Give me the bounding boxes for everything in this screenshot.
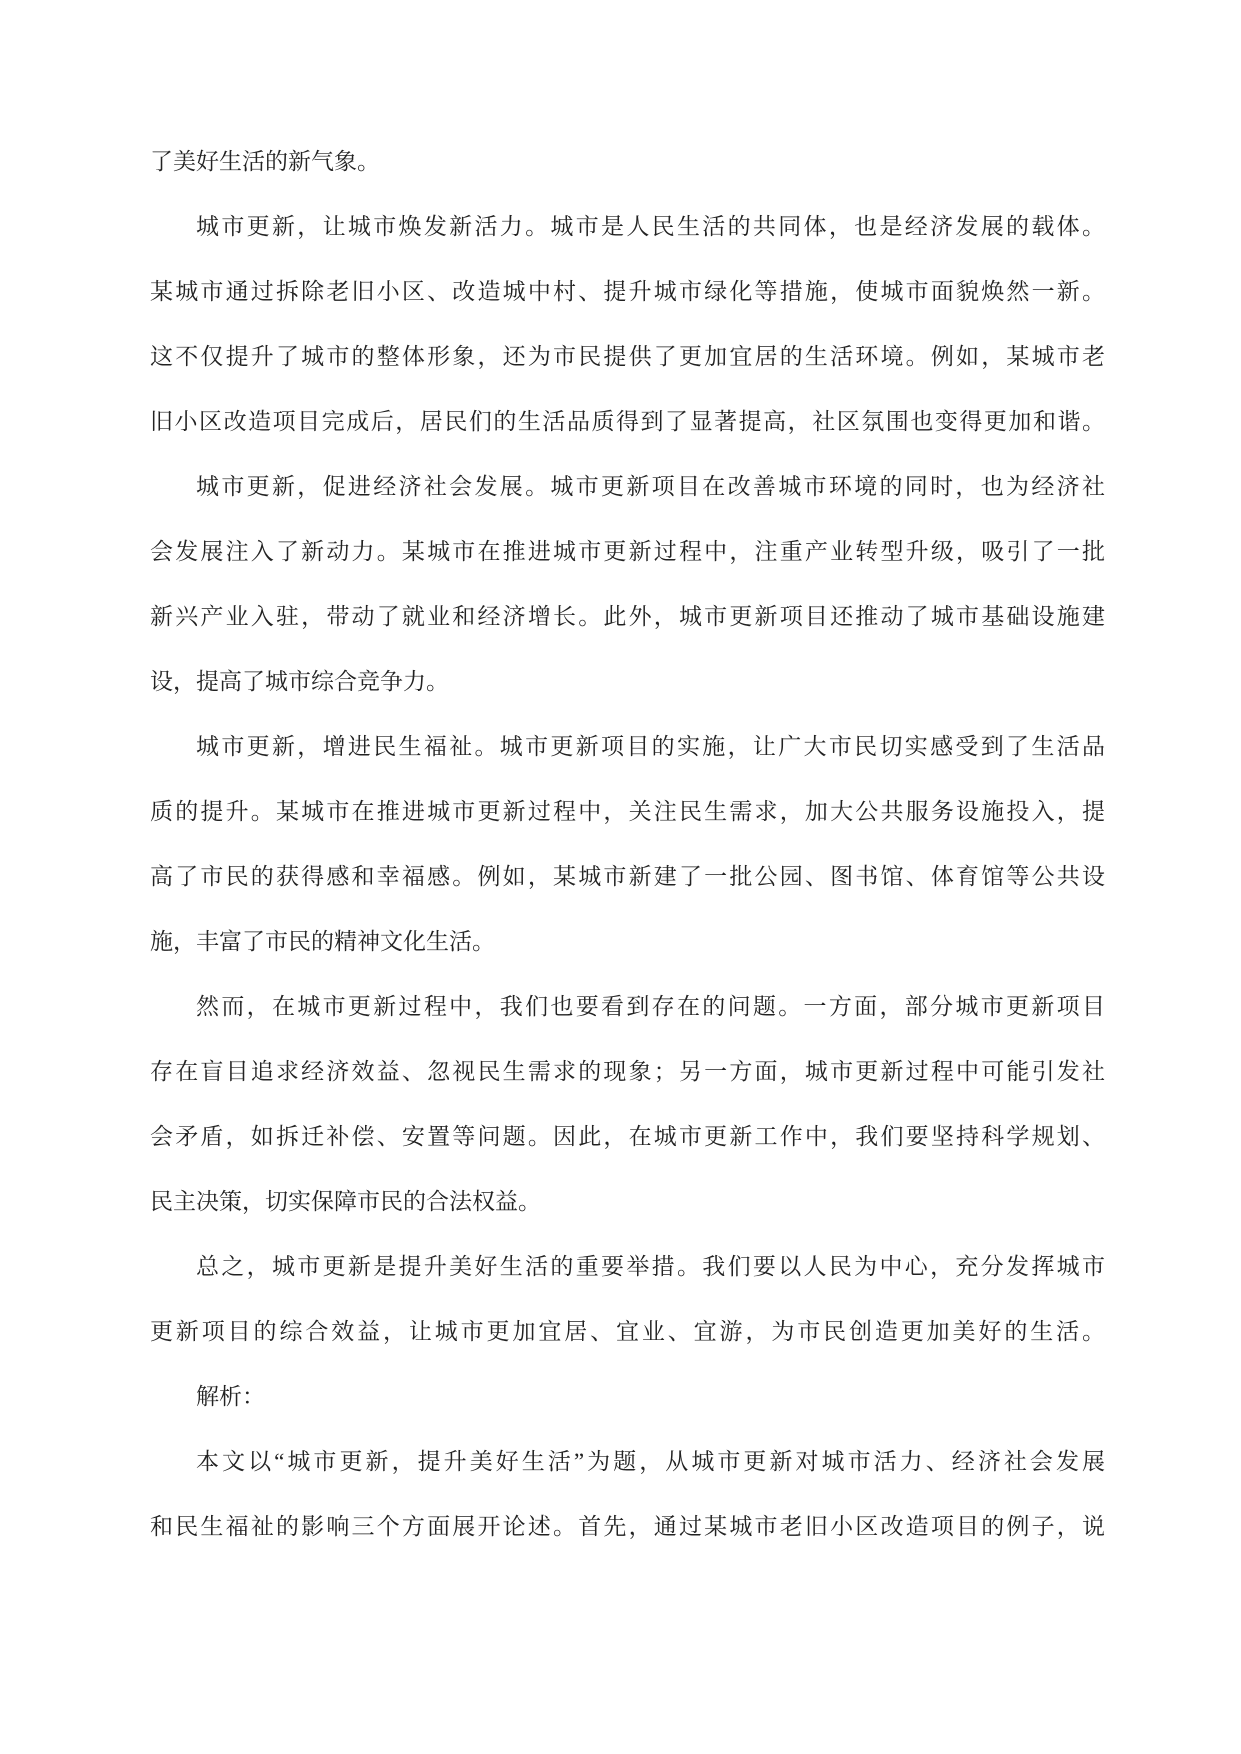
text-line: 设，提高了城市综合竞争力。 <box>150 649 1105 714</box>
text-block: 了美好生活的新气象。城市更新，让城市焕发新活力。城市是人民生活的共同体，也是经济… <box>150 129 1105 1559</box>
text-line: 施，丰富了市民的精神文化生活。 <box>150 909 1105 974</box>
text-line: 质的提升。某城市在推进城市更新过程中，关注民生需求，加大公共服务设施投入，提 <box>150 779 1105 844</box>
text-line: 城市更新，促进经济社会发展。城市更新项目在改善城市环境的同时，也为经济社 <box>150 454 1105 519</box>
text-line: 本文以“城市更新，提升美好生活”为题，从城市更新对城市活力、经济社会发展 <box>150 1429 1105 1494</box>
text-line: 民主决策，切实保障市民的合法权益。 <box>150 1169 1105 1234</box>
text-line: 和民生福祉的影响三个方面展开论述。首先，通过某城市老旧小区改造项目的例子，说 <box>150 1494 1105 1559</box>
text-line: 某城市通过拆除老旧小区、改造城中村、提升城市绿化等措施，使城市面貌焕然一新。 <box>150 259 1105 324</box>
text-line: 城市更新，增进民生福祉。城市更新项目的实施，让广大市民切实感受到了生活品 <box>150 714 1105 779</box>
document-page: 了美好生活的新气象。城市更新，让城市焕发新活力。城市是人民生活的共同体，也是经济… <box>0 0 1241 1754</box>
text-line: 然而，在城市更新过程中，我们也要看到存在的问题。一方面，部分城市更新项目 <box>150 974 1105 1039</box>
text-line: 这不仅提升了城市的整体形象，还为市民提供了更加宜居的生活环境。例如，某城市老 <box>150 324 1105 389</box>
text-line: 高了市民的获得感和幸福感。例如，某城市新建了一批公园、图书馆、体育馆等公共设 <box>150 844 1105 909</box>
text-line: 更新项目的综合效益，让城市更加宜居、宜业、宜游，为市民创造更加美好的生活。 <box>150 1299 1105 1364</box>
text-line: 存在盲目追求经济效益、忽视民生需求的现象；另一方面，城市更新过程中可能引发社 <box>150 1039 1105 1104</box>
text-line: 会发展注入了新动力。某城市在推进城市更新过程中，注重产业转型升级，吸引了一批 <box>150 519 1105 584</box>
text-line: 会矛盾，如拆迁补偿、安置等问题。因此，在城市更新工作中，我们要坚持科学规划、 <box>150 1104 1105 1169</box>
text-line: 解析： <box>150 1364 1105 1429</box>
text-line: 了美好生活的新气象。 <box>150 129 1105 194</box>
text-line: 旧小区改造项目完成后，居民们的生活品质得到了显著提高，社区氛围也变得更加和谐。 <box>150 389 1105 454</box>
text-line: 新兴产业入驻，带动了就业和经济增长。此外，城市更新项目还推动了城市基础设施建 <box>150 584 1105 649</box>
text-line: 总之，城市更新是提升美好生活的重要举措。我们要以人民为中心，充分发挥城市 <box>150 1234 1105 1299</box>
text-line: 城市更新，让城市焕发新活力。城市是人民生活的共同体，也是经济发展的载体。 <box>150 194 1105 259</box>
